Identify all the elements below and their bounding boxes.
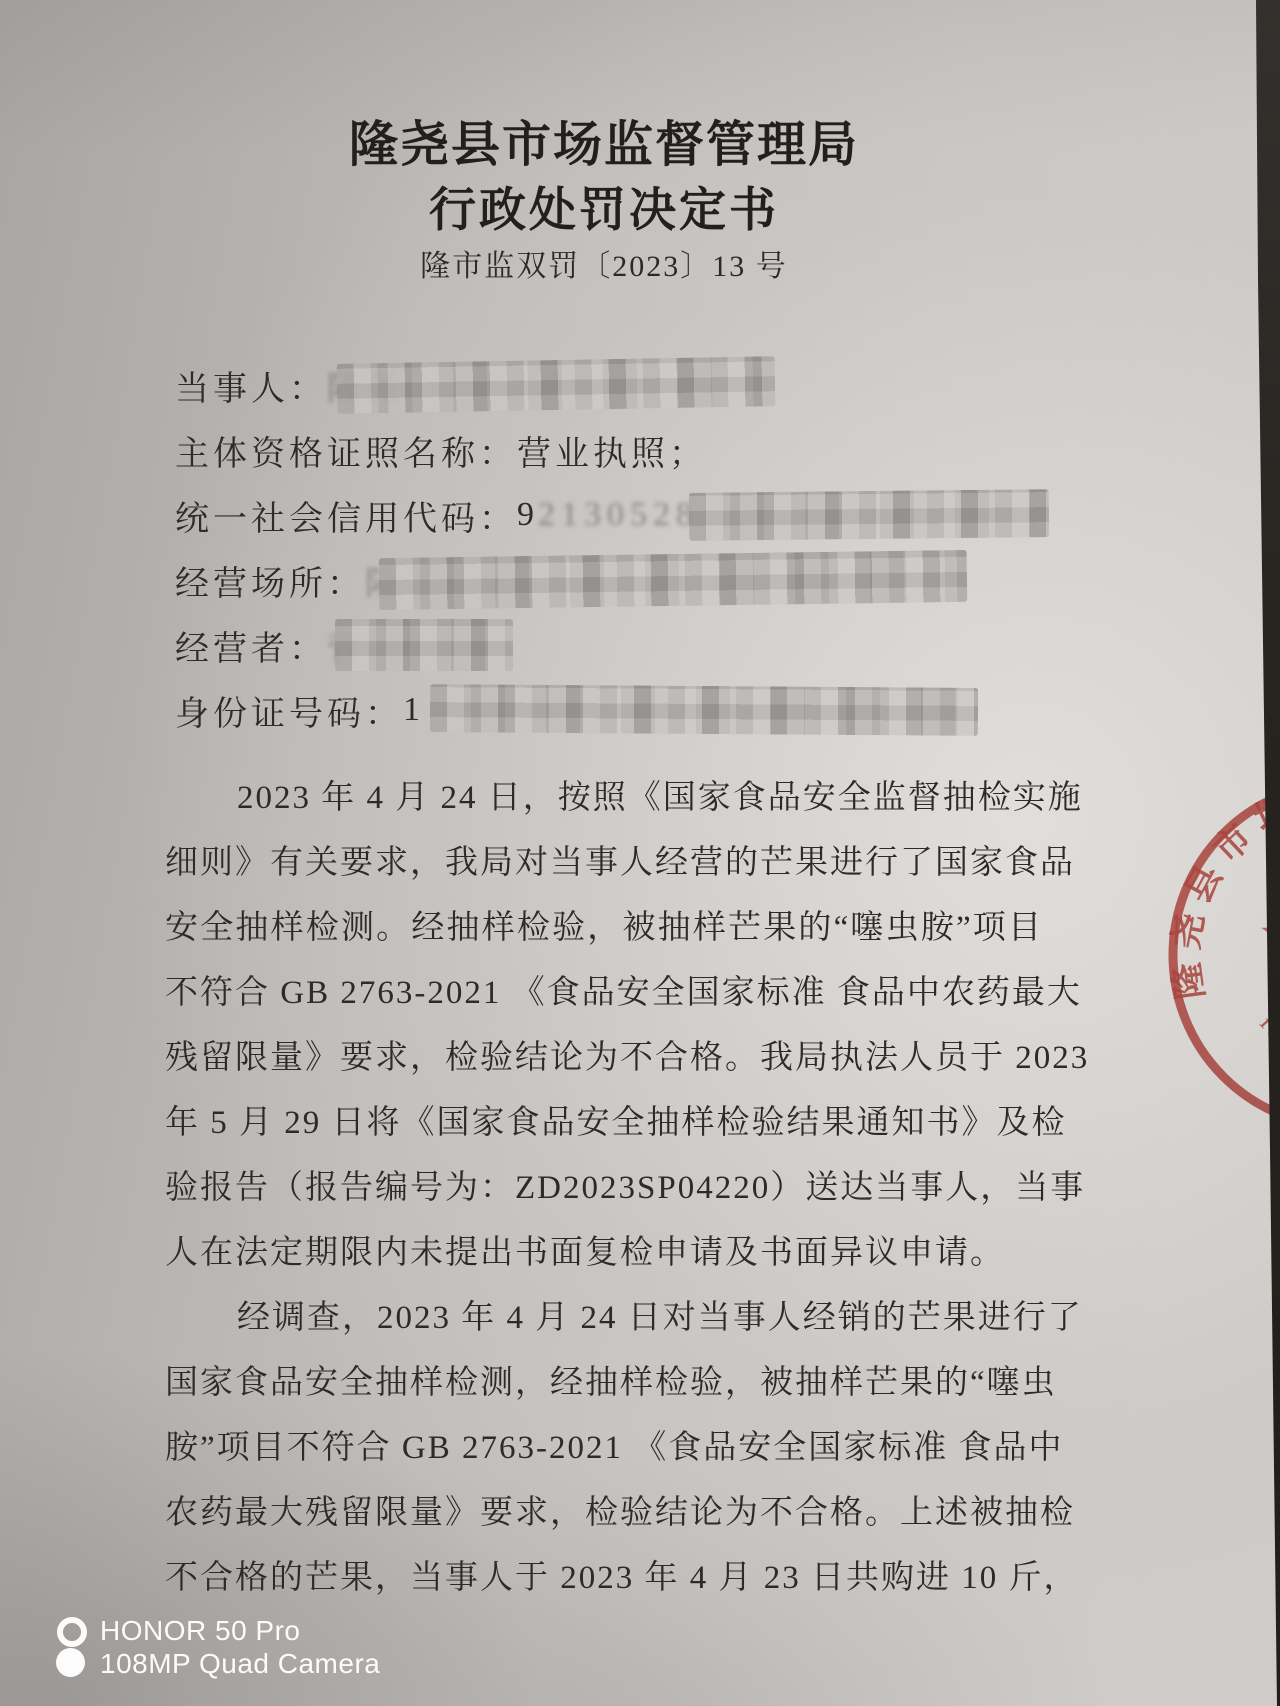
watermark-phone-model: HONOR 50 Pro (100, 1615, 301, 1647)
body-line: 胺”项目不符合 GB 2763-2021 《食品安全国家标准 食品中 (165, 1416, 1043, 1481)
party-redaction-mosaic (337, 356, 776, 414)
id-label: 身份证号码： (175, 686, 403, 735)
watermark-camera-spec: 108MP Quad Camera (100, 1648, 380, 1680)
svg-text:隆尧县市场监督管理局: 隆尧县市场监督管理局 (1166, 776, 1280, 1002)
agency-title: 隆尧县市场监督管理局 (165, 106, 1043, 176)
seal-ring-text: 隆尧县市场监督管理局 (1166, 776, 1280, 1002)
field-row-idnumber: 身份证号码： 1 (175, 684, 978, 736)
id-first-digit: 1 (403, 691, 424, 729)
operator-redaction-mosaic (335, 619, 513, 671)
body-line: 人在法定期限内未提出书面复检申请及书面异议申请。 (165, 1221, 1043, 1286)
license-label: 主体资格证照名称： (175, 426, 517, 475)
uscc-first-digit: 9 (517, 496, 538, 534)
doc-number: 隆市监双罚〔2023〕13 号 (165, 241, 1043, 285)
body-line: 细则》有关要求，我局对当事人经营的芒果进行了国家食品 (165, 831, 1043, 896)
body-line: 安全抽样检测。经抽样检验，被抽样芒果的“噻虫胺”项目 (165, 896, 1043, 961)
camera-ring-icon (57, 1617, 87, 1647)
field-row-operator: 经营者： 菅 (175, 619, 513, 671)
operator-label: 经营者： (175, 621, 327, 670)
body-line: 2023 年 4 月 24 日，按照《国家食品安全监督抽检实施 (165, 766, 1043, 831)
body-line: 年 5 月 29 日将《国家食品安全抽样检验结果通知书》及检 (165, 1091, 1043, 1156)
uscc-redaction-mosaic (689, 489, 1049, 541)
field-row-license: 主体资格证照名称： 营业执照； (175, 424, 707, 476)
body-line: 验报告（报告编号为：ZD2023SP04220）送达当事人，当事 (165, 1156, 1043, 1221)
body-line: 农药最大残留限量》要求，检验结论为不合格。上述被抽检 (165, 1481, 1043, 1546)
license-value: 营业执照； (517, 426, 707, 475)
body-line: 不合格的芒果，当事人于 2023 年 4 月 23 日共购进 10 斤， (165, 1546, 1043, 1611)
uscc-label: 统一社会信用代码： (175, 491, 517, 540)
official-seal-stamp: 隆尧县市场监督管理局 1305258 (1155, 762, 1280, 1142)
body-line: 不符合 GB 2763-2021 《食品安全国家标准 食品中农药最大 (165, 961, 1043, 1026)
body-line: 残留限量》要求，检验结论为不合格。我局执法人员于 2023 (165, 1026, 1043, 1091)
premises-redaction-mosaic (379, 550, 968, 610)
field-row-uscc: 统一社会信用代码： 9 2130528 (175, 489, 1049, 541)
camera-dot-icon (56, 1648, 85, 1677)
field-row-premises: 经营场所： 隆 (175, 554, 967, 606)
id-redaction-mosaic (430, 684, 978, 736)
body-line: 经调查，2023 年 4 月 24 日对当事人经销的芒果进行了 (165, 1286, 1043, 1351)
doc-type-title: 行政处罚决定书 (165, 173, 1043, 240)
photographed-document: 隆尧县市场监督管理局 行政处罚决定书 隆市监双罚〔2023〕13 号 当事人： … (0, 0, 1280, 1706)
body-line: 国家食品安全抽样检测，经抽样检验，被抽样芒果的“噻虫 (165, 1351, 1043, 1416)
premises-label: 经营场所： (175, 556, 365, 605)
uscc-ghost-digits: 2130528 (538, 496, 699, 534)
body-text: 2023 年 4 月 24 日，按照《国家食品安全监督抽检实施 细则》有关要求，… (165, 766, 1043, 1611)
party-label: 当事人： (175, 361, 327, 410)
field-row-party: 当事人： 隆尧 (175, 359, 775, 411)
